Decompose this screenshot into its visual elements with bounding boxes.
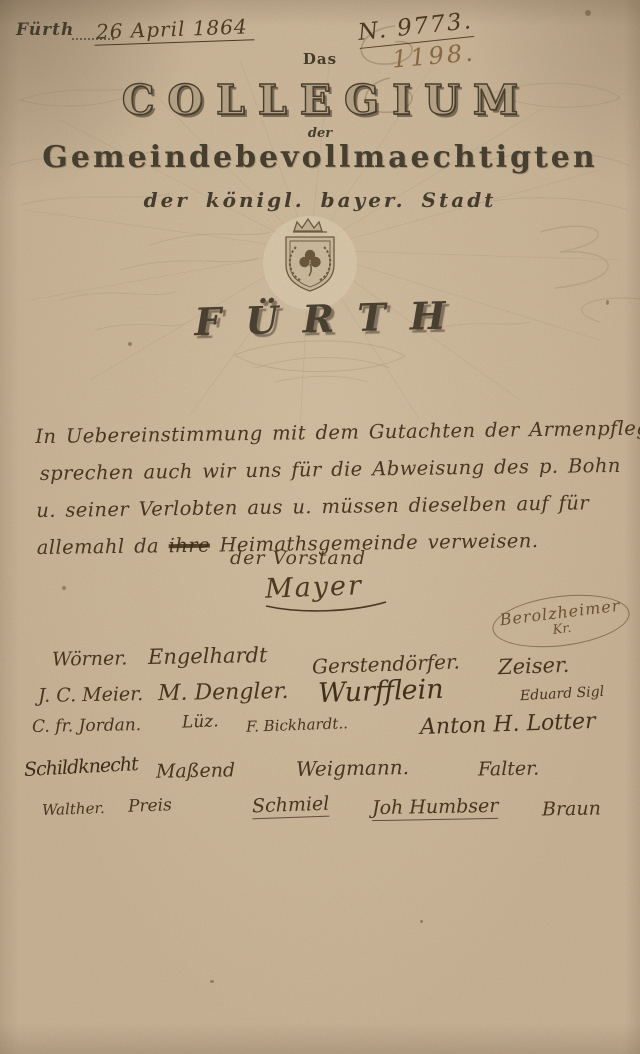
signature: Zeiser. (498, 653, 570, 679)
paper-fleck (128, 342, 132, 346)
signature: M. Dengler. (158, 679, 289, 706)
signature: F. Bickhardt.. (246, 714, 348, 736)
closing-line: der Vorstand (230, 547, 366, 569)
signature: Preis (128, 795, 172, 817)
signature: Falter. (478, 757, 540, 780)
signature: Walther. (42, 799, 105, 819)
signature: Engelhardt (148, 643, 268, 669)
signature: Schmiel (252, 793, 330, 820)
signature: Braun (542, 797, 601, 820)
paper-fleck (606, 300, 609, 305)
paper-fleck (585, 10, 591, 16)
place-label: Fürth (16, 20, 74, 40)
signature: Maßend (156, 759, 235, 782)
paper-fleck (210, 980, 214, 983)
masthead-body-name: Gemeindebevollmaechtigten (0, 140, 640, 175)
signature: J. C. Meier. (38, 683, 144, 707)
line4-start: allemahl da (37, 534, 160, 559)
paper-fleck (420, 920, 423, 923)
handwritten-date: 26 April 1864 (94, 14, 254, 46)
signature: C. fr. Jordan. (32, 715, 141, 737)
paper-fleck (62, 586, 66, 590)
signature-flourish (262, 598, 392, 618)
signature: Wurfflein (317, 674, 444, 709)
document-page: Fürth 26 April 1864 N. 9773. 1198. Das C… (0, 0, 640, 1054)
masthead-title: COLLEGIUM (0, 76, 640, 124)
masthead-article: Das (0, 50, 640, 68)
signature: Joh Humbser (372, 795, 499, 821)
signature: Wörner. (52, 647, 128, 670)
signature: Lüz. (182, 711, 219, 732)
signature: Weigmann. (296, 755, 409, 781)
handwritten-paragraph: In Uebereinstimmung mit dem Gutachten de… (35, 410, 617, 566)
struck-word: ihre (169, 534, 211, 558)
masthead-der: der (0, 126, 640, 141)
